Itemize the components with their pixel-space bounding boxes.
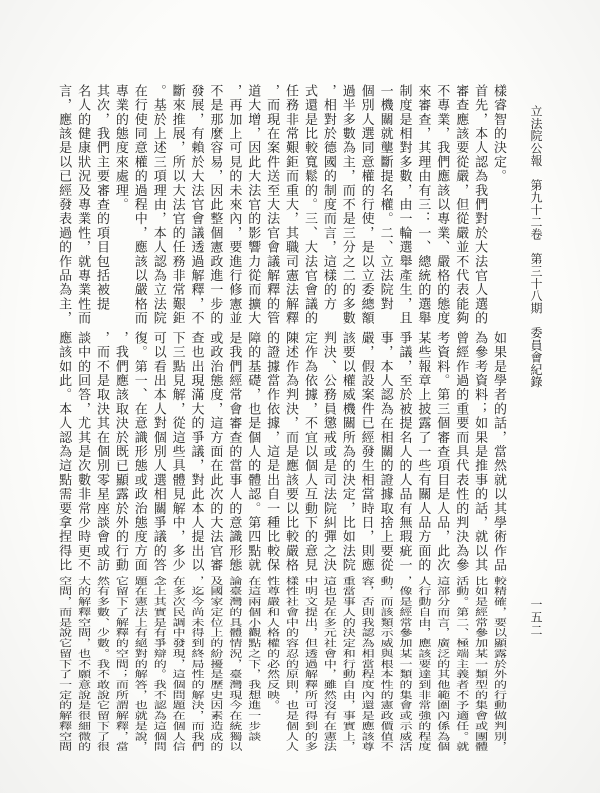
text-column: 空間，而是說它留下了一定的解釋空間	[53, 576, 72, 756]
text-column: 樣睿智的決定。	[488, 84, 507, 330]
text-column: 個別人選同意權的行使，是以立委總額	[356, 84, 375, 330]
text-column: ，我們應該取決於既已顯露於外的行動	[110, 331, 129, 577]
text-column: 在多次民調中發現，這個問題在個人信	[167, 576, 186, 756]
text-column: 道大增，因此大法官的影響力從而擴大	[242, 84, 261, 330]
text-column: 障的基礎，也是個人的體認。第四點就	[242, 331, 261, 577]
text-column: 大的解釋空間，也不願意說是很細微的	[72, 576, 91, 756]
text-column: 在這兩個小觀點之下，我想進一步談	[242, 576, 261, 756]
text-column: 制度是相對多數，由一輪選舉產生，且	[394, 84, 413, 330]
text-column: 爭議，至於被提名人的人品有無瑕疵一	[394, 331, 413, 577]
text-column: 動，而該類示威與根本性的憲政價值不	[375, 576, 394, 756]
text-column: 中明文提出，但透過解釋所可得到的多	[299, 576, 318, 756]
text-band-bottom: 較精確，要以顯露於外的行動做判別，比如是經常參加某一類型的集會或團體活動。第二、…	[53, 576, 507, 756]
text-column: 這也是在多元社會中，雖然沒有在憲法	[318, 576, 337, 756]
text-column: 發展，有賴於大法官會議透過解釋，不	[186, 84, 205, 330]
text-column: 是我們經常會審查的當事人的意識形態	[223, 331, 242, 577]
text-column: 活動。第二、極端主義者不予適任。就	[450, 576, 469, 756]
text-band-top: 樣睿智的決定。首先，本人認為我們對於大法官人選的審查應該要從嚴，但從嚴並不代表能…	[53, 84, 507, 330]
text-column: ，再加上可見的未來內，要進行修憲並	[223, 84, 242, 330]
text-column: 來審查，其理由有三：一、總統的選舉	[412, 84, 431, 330]
text-column: 嚴，假設案件已經發生相當時日，則應	[356, 331, 375, 577]
text-column: 念上其實是有爭辯的。我不認為這個問	[148, 576, 167, 756]
text-column: 首先，本人認為我們對於大法官人選的	[469, 84, 488, 330]
text-column: 較精確，要以顯露於外的行動做判別，	[488, 576, 507, 756]
text-column: 性尊嚴和人格權的必然反映。	[261, 576, 280, 756]
text-column: 專業的態度來處理。	[110, 84, 129, 330]
text-column: ，而不是取決其在個別零星座談會或訪	[91, 331, 110, 577]
text-column: 判決、公務員懲戒或是司法院糾彈之決	[318, 331, 337, 577]
text-column: 復。第一、在意識形態或政治態度方面	[129, 331, 148, 577]
text-column: 查也出現滿大的爭議，對此本人提出以	[186, 331, 205, 577]
text-column: 事，本人認為在相關的證據取捨上要從	[375, 331, 394, 577]
text-column: 名人的健康狀況及專業性，就專業性而	[72, 84, 91, 330]
text-column: 應該如此。本人認為這點需要拿捏得比	[53, 331, 72, 577]
text-column: 某些報章上披露了一些有關人品方面的	[412, 331, 431, 577]
text-column: ，像是經常參加某一類的集會或示威活	[394, 576, 413, 756]
page-number: 一五二	[528, 598, 545, 658]
text-column: ，迄今尚未得到終局性的解決，而我們	[186, 576, 205, 756]
text-column: 陳述作為判決，而是應該要以比較嚴格	[280, 331, 299, 577]
gazette-page: 立法院公報 第九十二卷 第三十八期 委員會紀錄 一五二 樣睿智的決定。首先，本人…	[0, 0, 600, 793]
text-column: 重當事人的決定和行動自由，事實上，	[337, 576, 356, 756]
text-column: 如果是學者的話，當然就以其學術作品	[488, 331, 507, 577]
text-column: 及國家定位上的紛擾是歷史因素造成的	[205, 576, 224, 756]
text-column: 然有多數、少數。我不敢說它留下了很	[91, 576, 110, 756]
text-column: 其次，我們主要審查的項目包括被提	[91, 84, 110, 330]
text-column: 它留下了解釋的空間；而所謂解釋，當	[110, 576, 129, 756]
text-band-middle: 如果是學者的話，當然就以其學術作品為參考資料；如果是推事的話，就以其曾經作過的重…	[53, 331, 507, 577]
text-column: 在行使同意權的過程中，應該以嚴格而	[129, 84, 148, 330]
text-column: 式還是比較寬鬆的。三、大法官會議的	[299, 84, 318, 330]
text-column: 考資料。第三個審查項目是人品，此次	[431, 331, 450, 577]
text-column: 比如是經常參加某一類型的集會或團體	[469, 576, 488, 756]
text-column: 題在憲法上有絕對的解答，也就是說，	[129, 576, 148, 756]
text-column: 為參考資料；如果是推事的話，就以其	[469, 331, 488, 577]
text-column: ，而現在案件送至大法官會議解釋的管	[261, 84, 280, 330]
text-column: 人行動自由，應該要達到非常強的程度	[412, 576, 431, 756]
text-column: 曾經作過的重要而具代表性的判決為參	[450, 331, 469, 577]
text-column: 這部分而言，廣泛的其他範圍內係為個	[431, 576, 450, 756]
text-column: ，相對於德國的制度而言，這樣的方	[318, 84, 337, 330]
text-column: 斷來推展，所以大法官的任務非常艱鉅	[167, 84, 186, 330]
text-column: 過半多數為主，而不是三分之二的多數	[337, 84, 356, 330]
text-column: 論臺灣的具體情況，臺灣現今在統獨以	[223, 576, 242, 756]
text-column: 可以看出本人對個別人選相關爭議的答	[148, 331, 167, 577]
text-column: 樣性社會中的容忍的原則，也是個人人	[280, 576, 299, 756]
text-column: 該要以權威機關所為的決定，比如法院	[337, 331, 356, 577]
text-column: 容，否則我認為相當程度內還是應該尊	[356, 576, 375, 756]
text-column: 一機關就壟斷提名權。二、立法院對	[375, 84, 394, 330]
text-column: 不是那麼容易，因此整個憲政進一步的	[205, 84, 224, 330]
text-column: 。基於上述三項理由，本人認為立法院	[148, 84, 167, 330]
text-column: 不專業，我們應該以專業、嚴格的態度	[431, 84, 450, 330]
text-column: 的證據當作依據，這是出自一種比較保	[261, 331, 280, 577]
text-column: 定作為依據，不宜以個人互動下的意見	[299, 331, 318, 577]
text-column: 言，應該是以已經發表過的作品為主，	[53, 84, 72, 330]
text-column: 談中的回答，尤其是次數非常少時更不	[72, 331, 91, 577]
text-column: 下三點見解，從這些具體見解中，多少	[167, 331, 186, 577]
text-column: 審查應該要從嚴，但從嚴並不代表能夠	[450, 84, 469, 330]
text-column: 任務非常艱鉅而重大，其職司憲法解釋	[280, 84, 299, 330]
gazette-volume-issue-header: 立法院公報 第九十二卷 第三十八期 委員會紀錄	[528, 105, 545, 405]
text-column: 或政治態度，這方面在此次的大法官審	[205, 331, 224, 577]
